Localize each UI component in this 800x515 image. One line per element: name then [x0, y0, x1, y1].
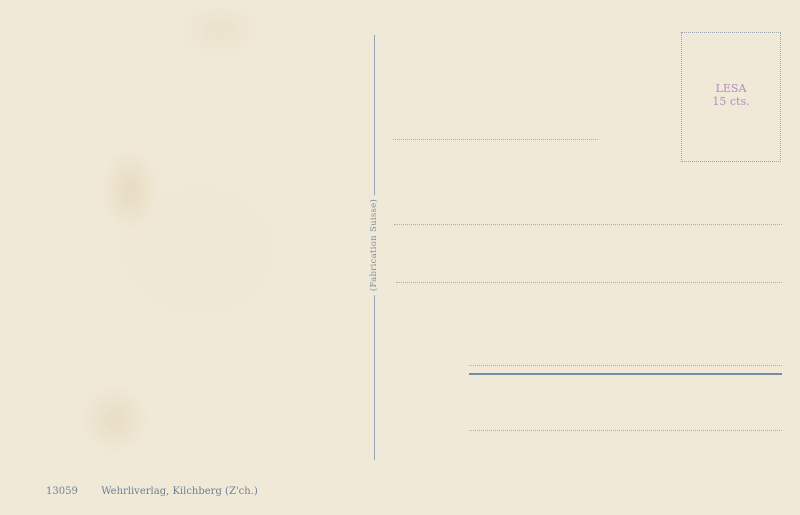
stamp-box: LESA 15 cts.: [681, 32, 781, 162]
address-underline: [469, 373, 782, 375]
address-line-3: [396, 282, 782, 283]
address-line-1: [393, 139, 598, 140]
stamp-brand: LESA: [682, 82, 780, 95]
card-number: 13059: [46, 486, 98, 497]
publisher-name: Wehrliverlag, Kilchberg (Z'ch.): [101, 486, 258, 497]
address-line-5: [469, 430, 782, 431]
postcard-back: (Fabrication Suisse) LESA 15 cts. 13059 …: [0, 0, 800, 515]
address-line-2: [394, 224, 782, 225]
address-line-4: [469, 365, 782, 366]
stamp-price: 15 cts.: [682, 95, 780, 108]
fabrication-label: (Fabrication Suisse): [369, 195, 379, 295]
stamp-text: LESA 15 cts.: [682, 82, 780, 108]
publisher-footer: 13059 Wehrliverlag, Kilchberg (Z'ch.): [46, 486, 258, 497]
